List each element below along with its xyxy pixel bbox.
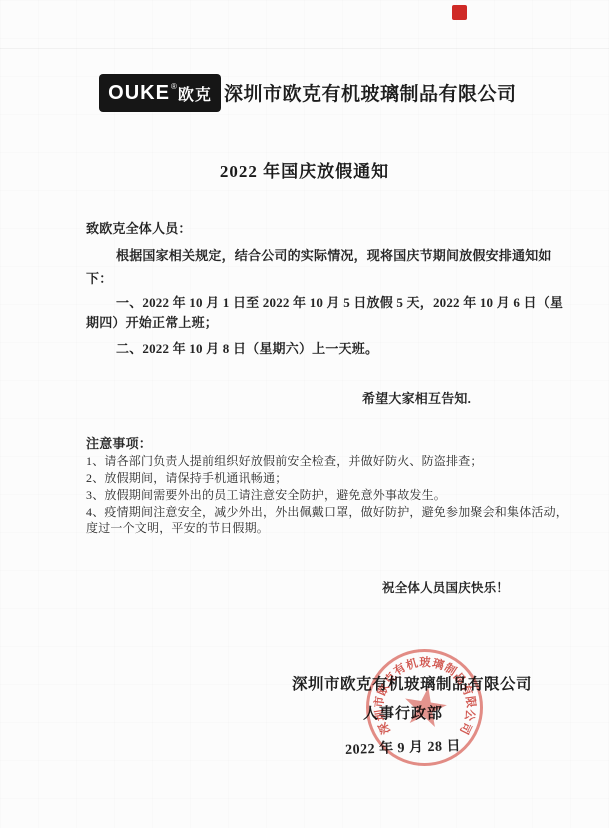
red-square-marker-icon [452,5,467,20]
intro-line-2: 下： [86,268,112,287]
signature-company: 深圳市欧克有机玻璃制品有限公司 [292,672,532,694]
signature-date: 2022 年 9 月 28 日 [345,735,462,759]
registered-trademark-icon: ® [171,82,177,91]
company-name-header: 深圳市欧克有机玻璃制品有限公司 [224,79,517,106]
scanner-artifact-line [0,48,609,49]
salutation-line: 致欧克全体人员： [86,218,192,237]
notice-title: 2022 年国庆放假通知 [0,157,609,182]
wish-line: 祝全体人员国庆快乐！ [382,578,509,596]
scanned-notice-document: OUKE®欧克 深圳市欧克有机玻璃制品有限公司 2022 年国庆放假通知 致欧克… [0,0,609,828]
logo-chinese-text: 欧克 [178,82,212,105]
notes-heading: 注意事项： [86,433,152,452]
logo-latin-text: OUKE [108,82,170,105]
closing-line: 希望大家相互告知. [362,388,471,407]
holiday-item1-line2: 期四）开始正常上班； [86,312,218,331]
note-line-2: 2、放假期间，请保持手机通讯畅通； [86,469,287,486]
signature-department: 人事行政部 [363,702,443,723]
holiday-item2-line: 二、2022 年 10 月 8 日（星期六）上一天班。 [116,338,378,357]
holiday-item1-line1: 一、2022 年 10 月 1 日至 2022 年 10 月 5 日放假 5 天… [116,292,563,311]
note-line-4: 4、疫情期间注意安全，减少外出，外出佩戴口罩，做好防护，避免参加聚会和集体活动， [86,503,568,520]
company-logo: OUKE®欧克 [99,74,221,112]
intro-line-1: 根据国家相关规定，结合公司的实际情况，现将国庆节期间放假安排通知如 [116,245,552,264]
note-line-5: 度过一个文明，平安的节日假期。 [86,519,269,536]
note-line-1: 1、请各部门负责人提前组织好放假前安全检查，并做好防火、防盗排查； [86,452,483,469]
note-line-3: 3、放假期间需要外出的员工请注意安全防护，避免意外事故发生。 [86,486,446,503]
